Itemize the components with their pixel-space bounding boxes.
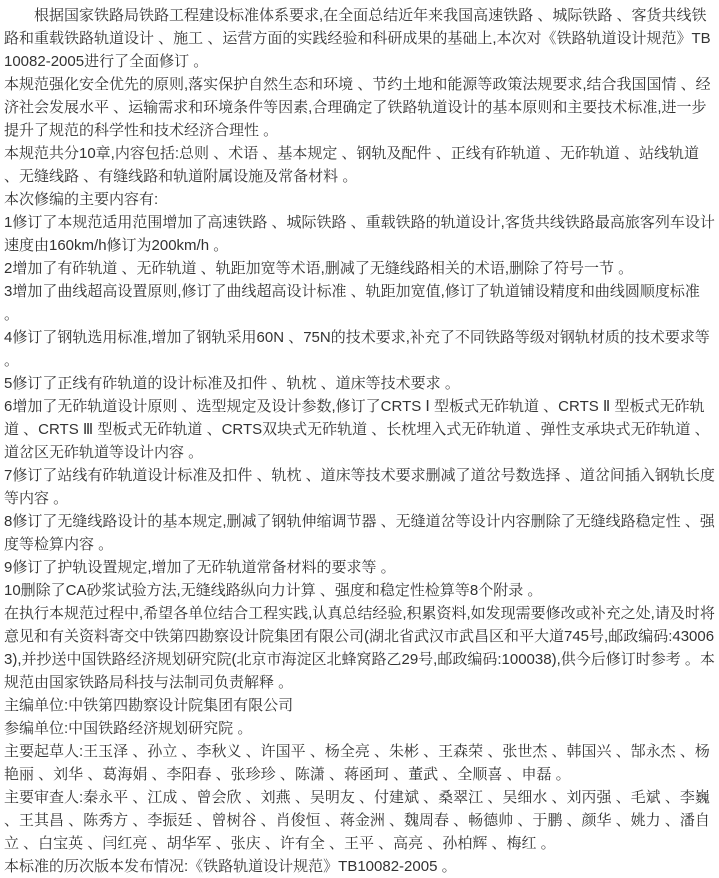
document-paragraph-revision-heading: 本次修编的主要内容有:: [4, 188, 717, 211]
document-paragraph-main-drafters: 主要起草人:王玉泽 、孙立 、李秋义 、许国平 、杨全亮 、朱彬 、王森荣 、张…: [4, 740, 717, 786]
document-paragraph-principles: 本规范强化安全优先的原则,落实保护自然生态和环境 、节约土地和能源等政策法规要求…: [4, 73, 717, 142]
document-paragraph-main-reviewers: 主要审查人:秦永平 、江成 、曾会欣 、刘燕 、吴明友 、付建斌 、桑翠江 、吴…: [4, 786, 717, 855]
document-paragraph-revision-item-4: 4修订了钢轨选用标准,增加了钢轨采用60N 、75N的技术要求,补充了不同铁路等…: [4, 326, 717, 372]
document-paragraph-revision-item-10: 10删除了CA砂浆试验方法,无缝线路纵向力计算 、强度和稳定性检算等8个附录 。: [4, 579, 717, 602]
document-paragraph-revision-item-7: 7修订了站线有砟轨道设计标准及扣件 、轨枕 、道床等技术要求删减了道岔号数选择 …: [4, 464, 717, 510]
document-paragraph-revision-item-2: 2增加了有砟轨道 、无砟轨道 、轨距加宽等术语,删减了无缝线路相关的术语,删除了…: [4, 257, 717, 280]
document-paragraph-participating-unit: 参编单位:中国铁路经济规划研究院 。: [4, 717, 717, 740]
document-paragraph-chapters: 本规范共分10章,内容包括:总则 、术语 、基本规定 、钢轨及配件 、正线有砟轨…: [4, 142, 717, 188]
document-paragraph-intro: 根据国家铁路局铁路工程建设标准体系要求,在全面总结近年来我国高速铁路 、城际铁路…: [4, 4, 717, 73]
document-paragraph-feedback-addresses: 在执行本规范过程中,希望各单位结合工程实践,认真总结经验,积累资料,如发现需要修…: [4, 602, 717, 694]
document-paragraph-revision-item-3: 3增加了曲线超高设置原则,修订了曲线超高设计标准 、轨距加宽值,修订了轨道铺设精…: [4, 280, 717, 326]
document-paragraph-revision-item-9: 9修订了护轨设置规定,增加了无砟轨道常备材料的要求等 。: [4, 556, 717, 579]
document-paragraph-revision-item-1: 1修订了本规范适用范围增加了高速铁路 、城际铁路 、重载铁路的轨道设计,客货共线…: [4, 211, 717, 257]
document-paragraph-chief-editor-unit: 主编单位:中铁第四勘察设计院集团有限公司: [4, 694, 717, 717]
document-paragraph-revision-item-5: 5修订了正线有砟轨道的设计标准及扣件 、轨枕 、道床等技术要求 。: [4, 372, 717, 395]
document-paragraph-version-history: 本标准的历次版本发布情况:《铁路轨道设计规范》TB10082-2005 。: [4, 855, 717, 878]
document-page: 根据国家铁路局铁路工程建设标准体系要求,在全面总结近年来我国高速铁路 、城际铁路…: [0, 0, 719, 878]
document-paragraph-revision-item-6: 6增加了无砟轨道设计原则 、选型规定及设计参数,修订了CRTS Ⅰ 型板式无砟轨…: [4, 395, 717, 464]
document-paragraph-revision-item-8: 8修订了无缝线路设计的基本规定,删减了钢轨伸缩调节器 、无缝道岔等设计内容删除了…: [4, 510, 717, 556]
